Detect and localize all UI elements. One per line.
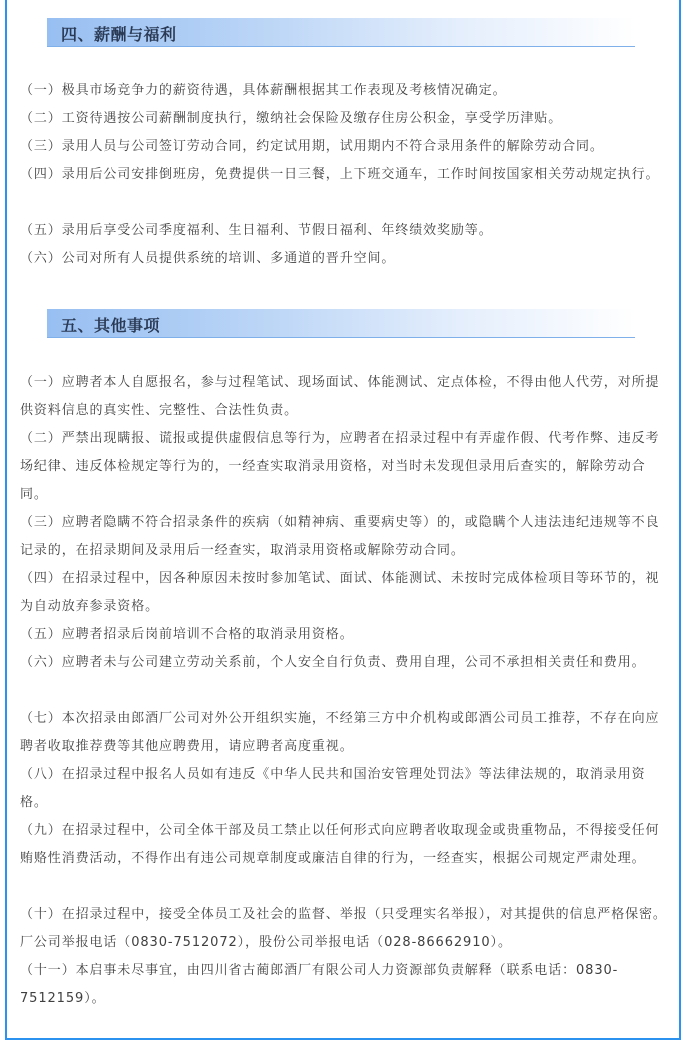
list-item: （三）应聘者隐瞒不符合招录条件的疾病（如精神病、重要病史等）的，或隐瞒个人违法违… bbox=[20, 509, 668, 565]
list-item: （七）本次招录由郎酒厂公司对外公开组织实施，不经第三方中介机构或郎酒公司员工推荐… bbox=[20, 705, 668, 761]
section-header-salary-benefits: 四、薪酬与福利 bbox=[47, 18, 635, 47]
section-title: 五、其他事项 bbox=[61, 313, 160, 336]
list-item: （八）在招录过程中报名人员如有违反《中华人民共和国治安管理处罚法》等法律法规的，… bbox=[20, 761, 668, 817]
section-header-other-matters: 五、其他事项 bbox=[47, 309, 635, 338]
list-item: （一）应聘者本人自愿报名，参与过程笔试、现场面试、体能测试、定点体检，不得由他人… bbox=[20, 369, 668, 425]
list-item: （三）录用人员与公司签订劳动合同，约定试用期，试用期内不符合录用条件的解除劳动合… bbox=[20, 133, 668, 161]
list-item: （九）在招录过程中，公司全体干部及员工禁止以任何形式向应聘者收取现金或贵重物品，… bbox=[20, 817, 668, 873]
list-item: （四）录用后公司安排倒班房，免费提供一日三餐，上下班交通车，工作时间按国家相关劳… bbox=[20, 161, 668, 189]
list-item: （一）极具市场竞争力的薪资待遇，具体薪酬根据其工作表现及考核情况确定。 bbox=[20, 77, 668, 105]
list-item: （十一）本启事未尽事宜，由四川省古蔺郎酒厂有限公司人力资源部负责解释（联系电话：… bbox=[20, 957, 668, 1013]
list-item: （五）录用后享受公司季度福利、生日福利、节假日福利、年终绩效奖励等。 bbox=[20, 217, 668, 245]
list-item: （六）应聘者未与公司建立劳动关系前，个人安全自行负责、费用自理，公司不承担相关责… bbox=[20, 649, 668, 677]
section-title: 四、薪酬与福利 bbox=[61, 22, 177, 45]
list-item: （二）严禁出现瞒报、谎报或提供虚假信息等行为，应聘者在招录过程中有弄虚作假、代考… bbox=[20, 425, 668, 509]
list-item: （六）公司对所有人员提供系统的培训、多通道的晋升空间。 bbox=[20, 245, 668, 273]
list-item: （五）应聘者招录后岗前培训不合格的取消录用资格。 bbox=[20, 621, 668, 649]
list-item: （十）在招录过程中，接受全体员工及社会的监督、举报（只受理实名举报），对其提供的… bbox=[20, 901, 668, 957]
list-item: （四）在招录过程中，因各种原因未按时参加笔试、面试、体能测试、未按时完成体检项目… bbox=[20, 565, 668, 621]
list-item: （二）工资待遇按公司薪酬制度执行，缴纳社会保险及缴存住房公积金，享受学历津贴。 bbox=[20, 105, 668, 133]
